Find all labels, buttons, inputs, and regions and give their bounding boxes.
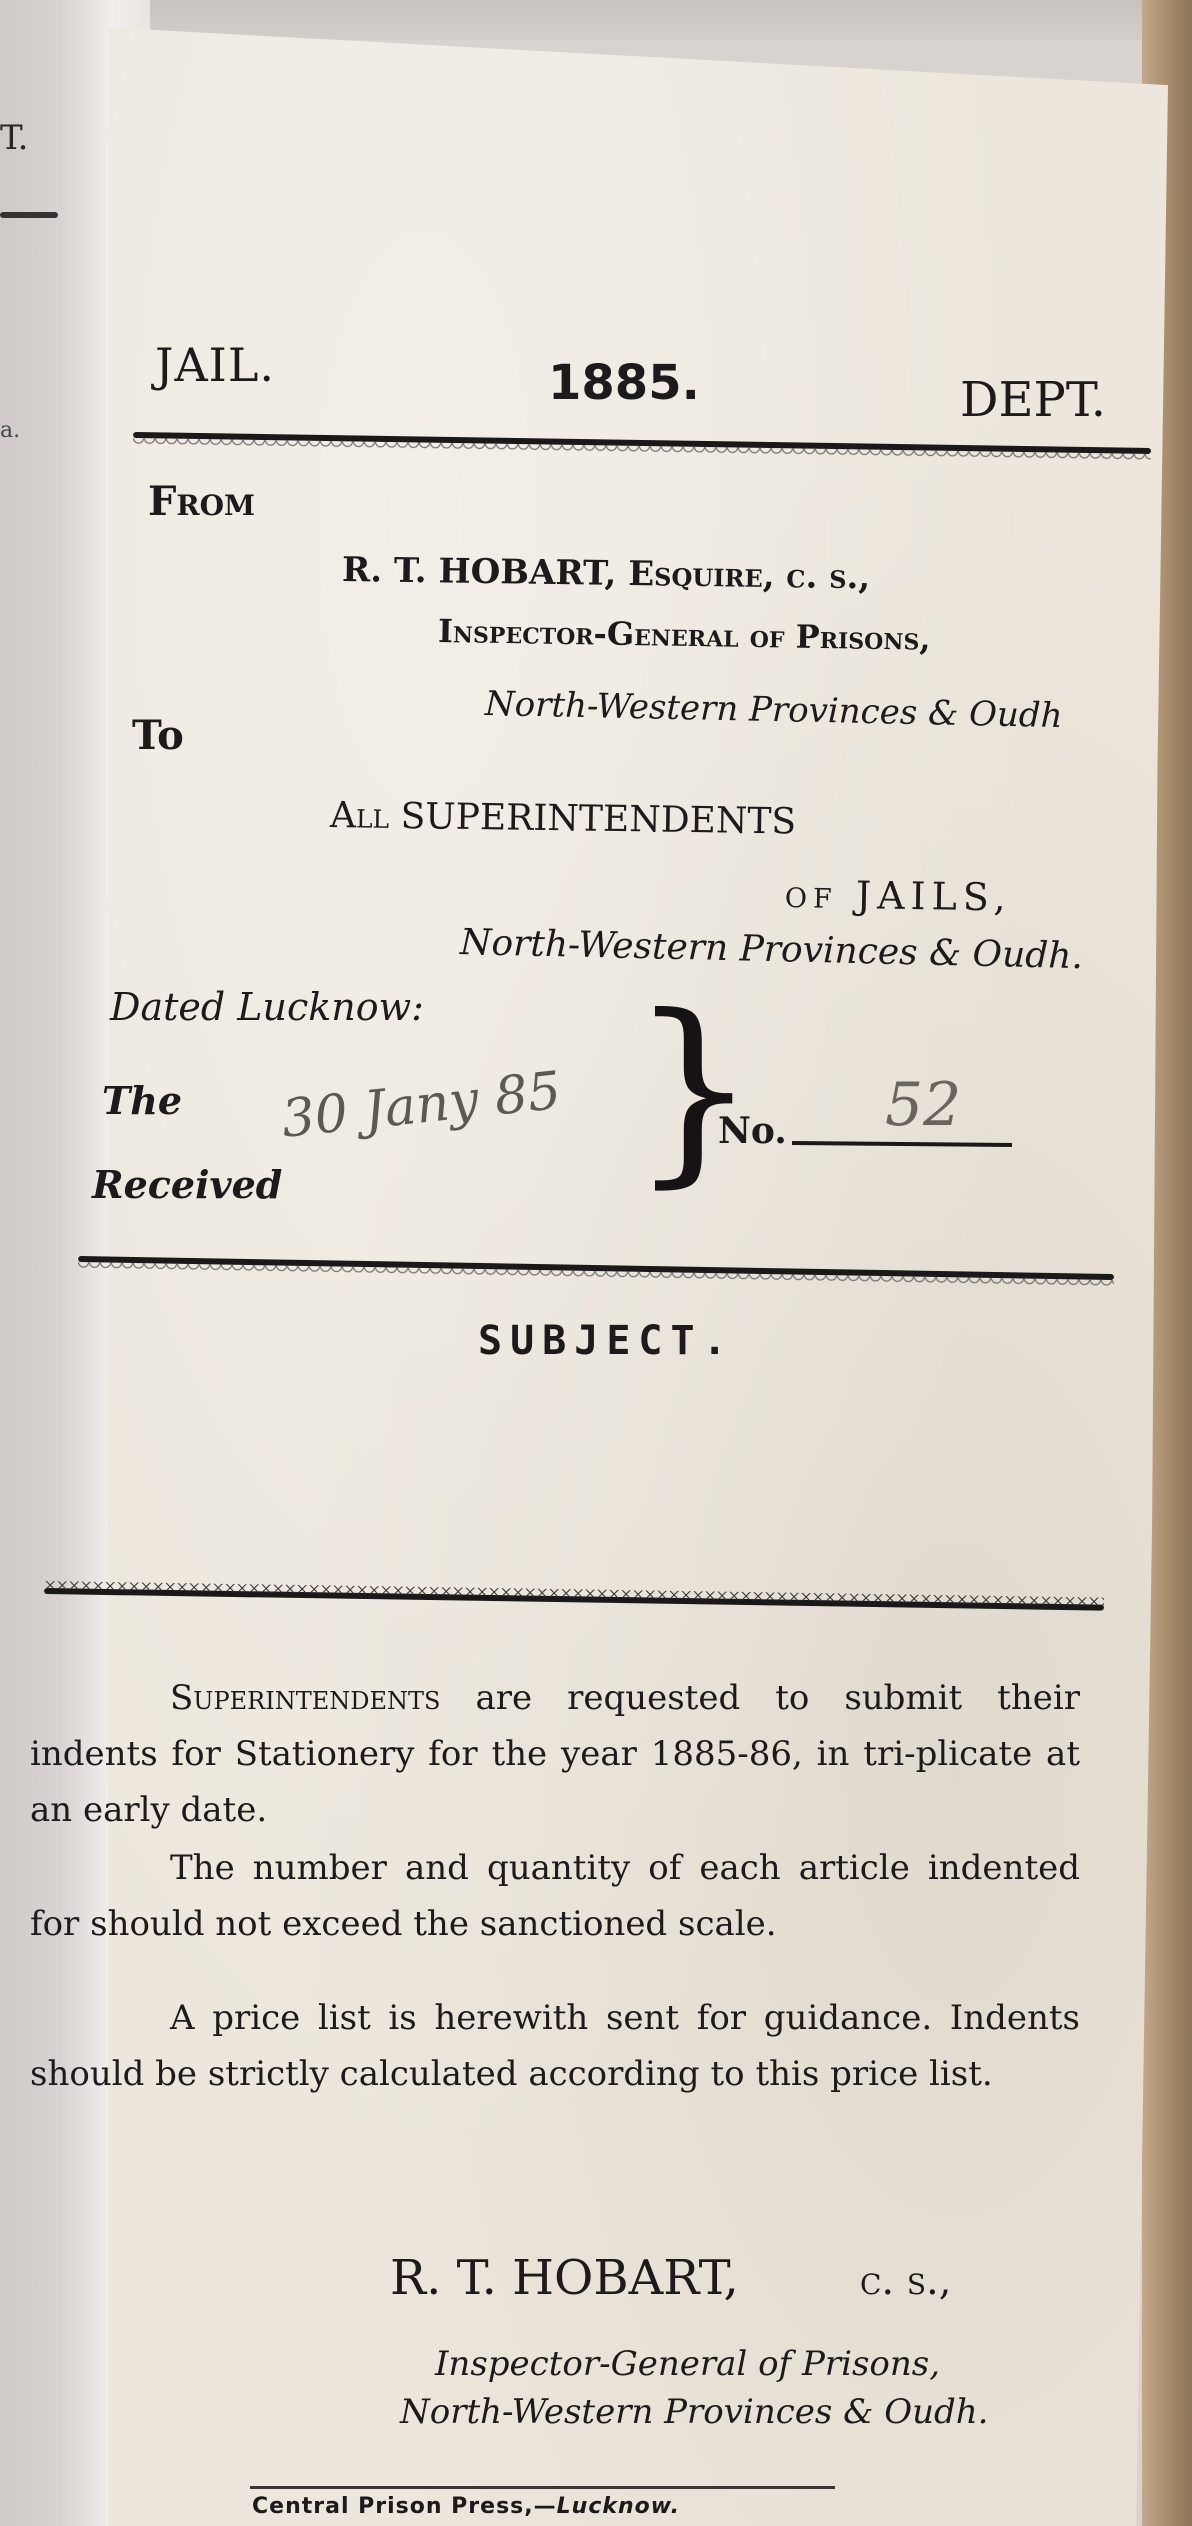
to-label: To <box>132 712 184 759</box>
to-of-jails: of JAILS, <box>785 872 1012 920</box>
signature-suffix: c. s., <box>860 2258 951 2304</box>
from-name-text: R. T. HOBART, Esquire, c. s., <box>342 550 871 597</box>
handwritten-number: 52 <box>885 1070 961 1140</box>
footer-city: Lucknow. <box>557 2494 680 2519</box>
from-title: Inspector-General of Prisons, <box>438 612 931 658</box>
paragraph-text: A price list is herewith sent for guidan… <box>30 1998 1080 2094</box>
signature-region: North-Western Provinces & Oudh. <box>400 2392 988 2432</box>
adjacent-page-fragment: T. <box>0 118 29 158</box>
adjacent-page-fragment: a. <box>0 418 20 443</box>
header-year: 1885. <box>548 355 700 411</box>
header-jail: JAIL. <box>155 338 275 392</box>
footer-press-name: Central Prison Press,— <box>252 2494 557 2519</box>
from-label: From <box>148 478 255 525</box>
number-label: No. <box>718 1110 787 1152</box>
paragraph-text: The number and quantity of each article … <box>30 1848 1080 1944</box>
footer-press: Central Prison Press,—Lucknow. <box>252 2494 680 2519</box>
body-paragraph-1: Superintendents are requested to submit … <box>30 1670 1080 1838</box>
paragraph-lead: Superintendents <box>170 1678 440 1718</box>
body-paragraph-2: The number and quantity of each article … <box>30 1840 1080 1952</box>
header-dept: DEPT. <box>960 372 1106 428</box>
the-label: The <box>102 1078 182 1123</box>
to-recipient: All SUPERINTENDENTS <box>330 795 797 843</box>
adjacent-page-rule <box>0 212 58 218</box>
from-name: R. T. HOBART, Esquire, c. s., <box>342 550 871 597</box>
dated-label: Dated Lucknow: <box>110 985 424 1029</box>
received-label: Received <box>92 1162 282 1207</box>
body-paragraph-3: A price list is herewith sent for guidan… <box>30 1990 1080 2102</box>
brace-icon: } <box>630 990 757 1190</box>
signature-title: Inspector-General of Prisons, <box>435 2344 940 2384</box>
signature-name: R. T. HOBART, <box>390 2250 739 2306</box>
subject-label: SUBJECT. <box>478 1318 735 1364</box>
footer-rule <box>250 2486 835 2489</box>
